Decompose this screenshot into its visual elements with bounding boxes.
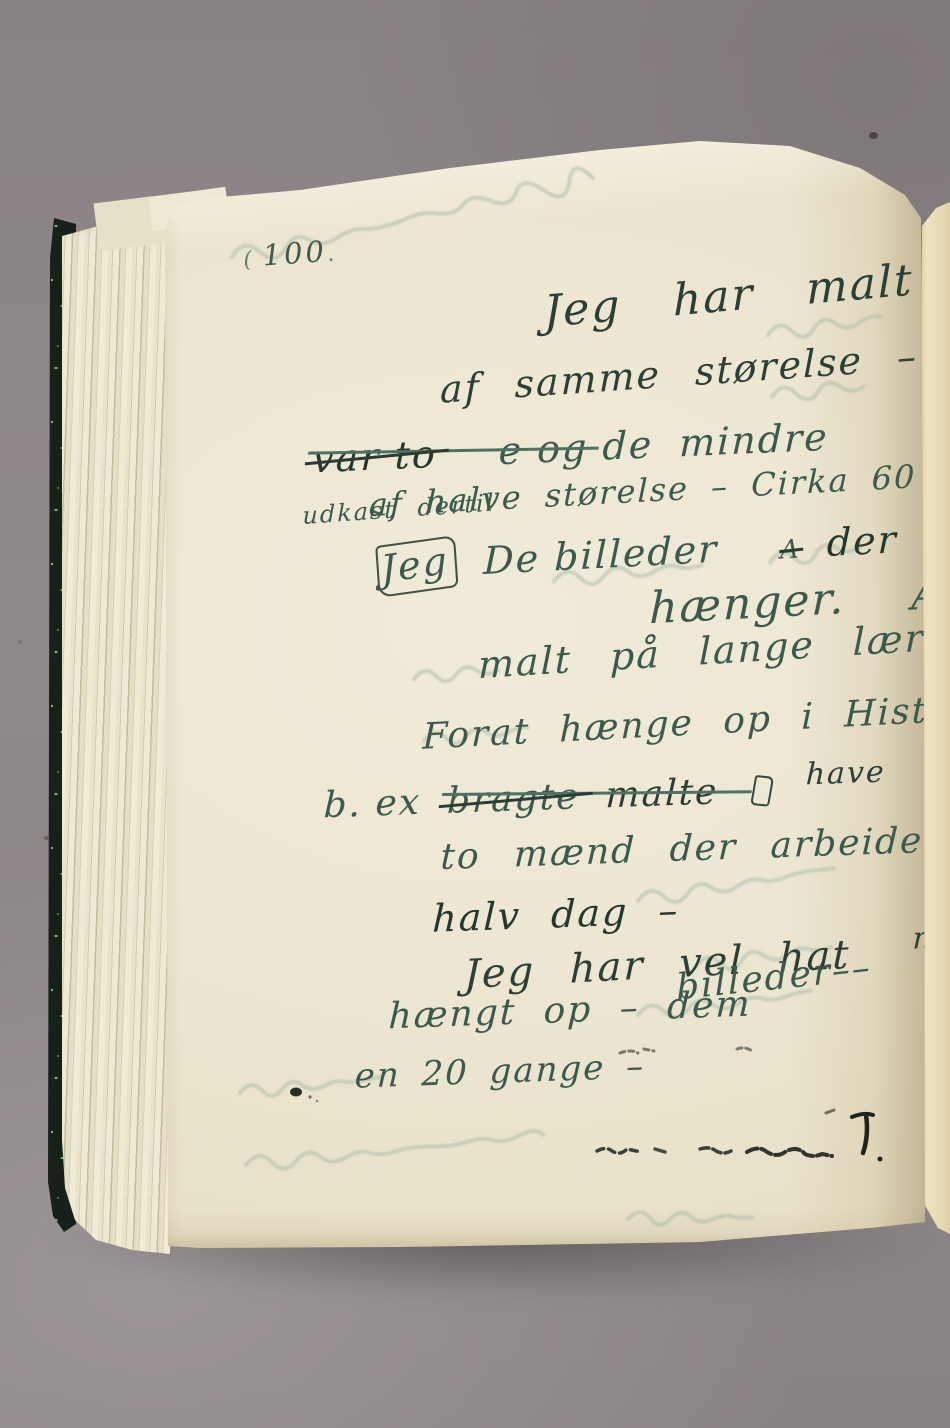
dust-speck	[18, 640, 22, 644]
handwriting-text: billeder––	[676, 947, 873, 1009]
notebook-photo-background: (100. Jeg har malt sæt af samme størelse…	[0, 0, 950, 1428]
notebook-page: (100. Jeg har malt sæt af samme størelse…	[158, 135, 928, 1250]
dust-speck	[869, 132, 878, 139]
handwriting-text: en 20 gange –	[354, 1046, 646, 1096]
dust-speck	[44, 836, 49, 840]
handwriting-line-14: en 20 gange –	[228, 1006, 647, 1141]
page-edge-stack	[62, 200, 170, 1254]
